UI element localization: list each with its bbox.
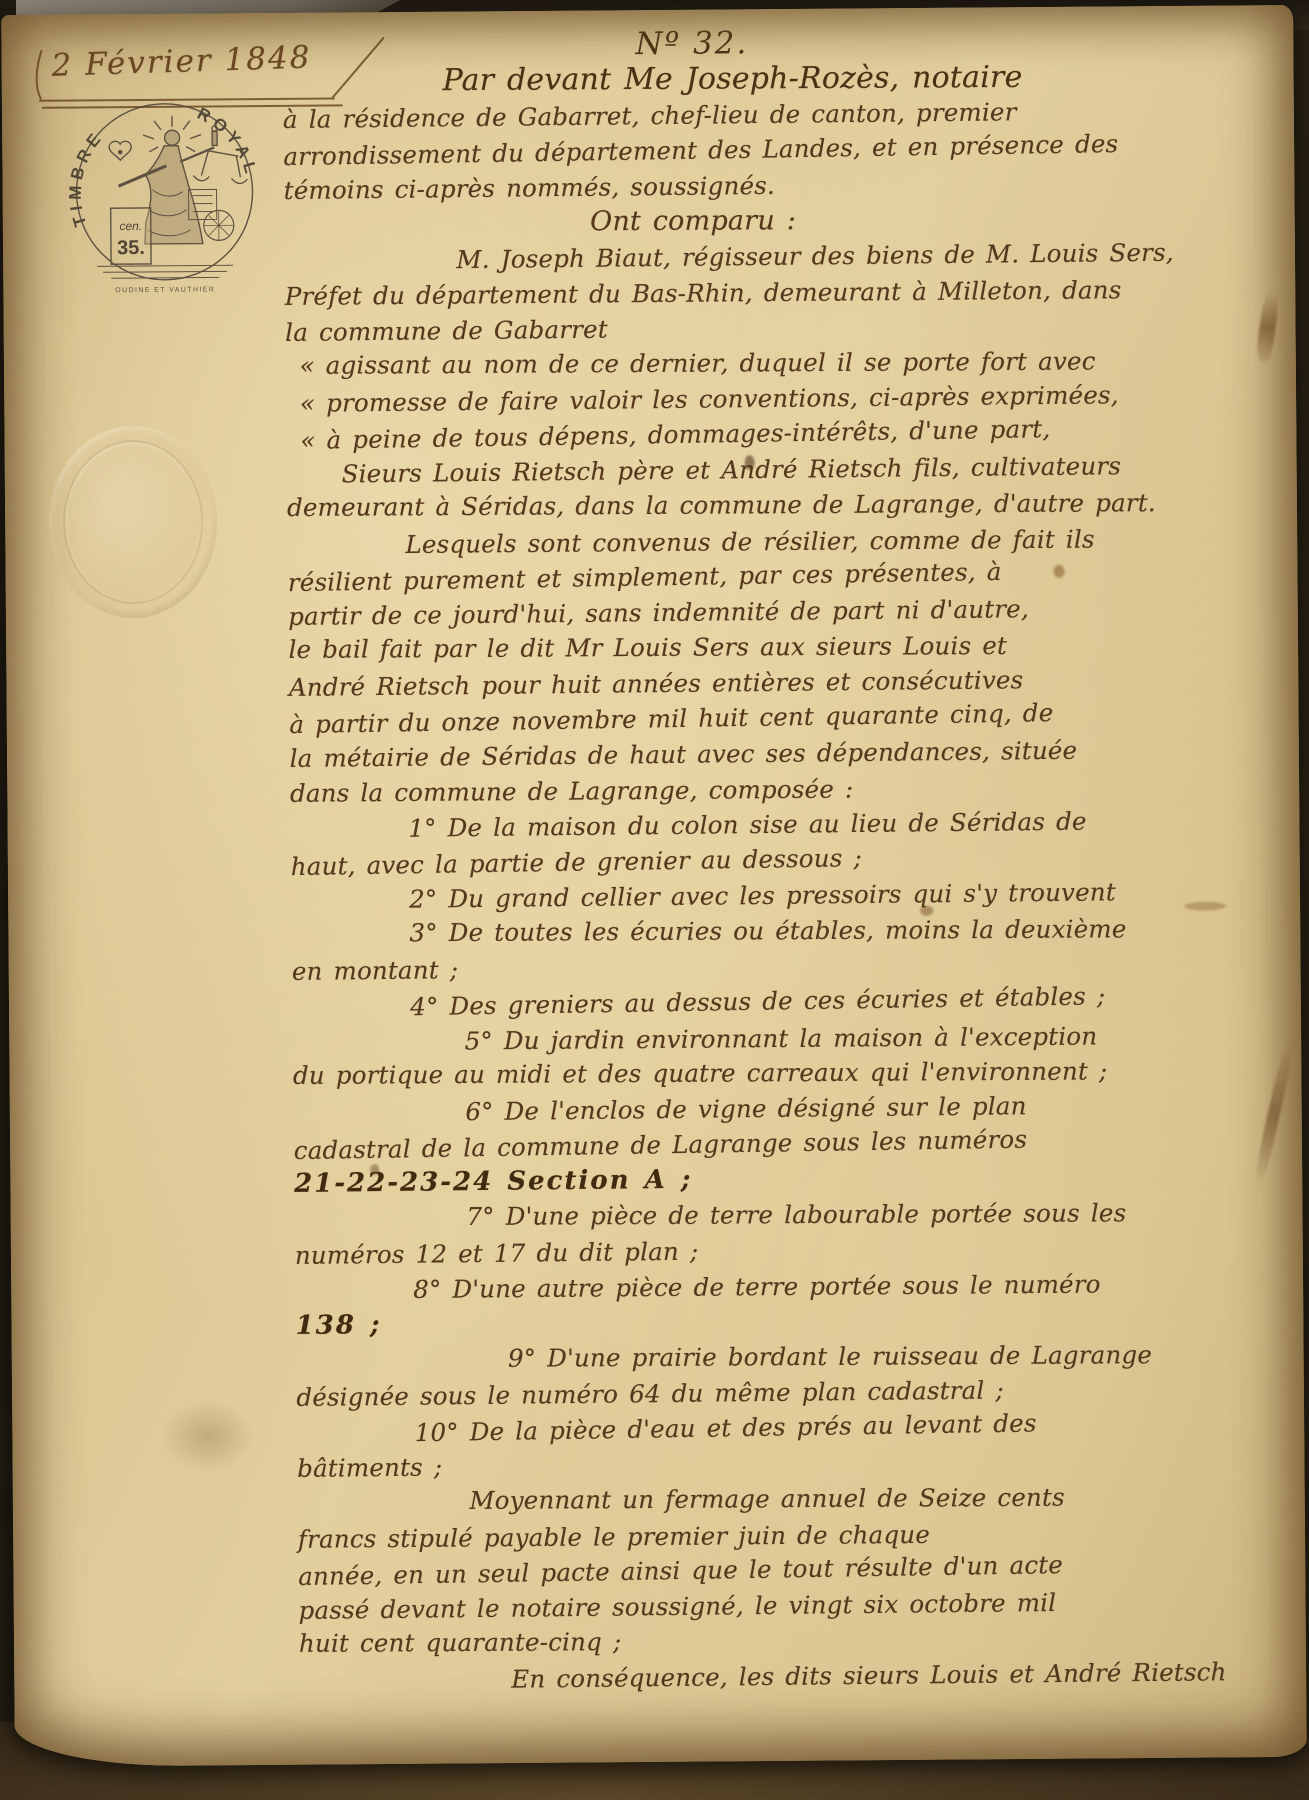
ink-smudge [1255, 290, 1280, 363]
svg-text:ROYAL: ROYAL [194, 103, 261, 180]
scanned-document-photo: 2 Février 1848 TIMBRE ROYAL [0, 0, 1309, 1800]
ink-smudge [1252, 1040, 1296, 1189]
paper-stain [160, 1399, 257, 1474]
stamp-value-35: 35. [117, 237, 145, 259]
manuscript-line: « agissant au nom de ce dernier, duquel … [285, 343, 1105, 383]
svg-text:TIMBRE: TIMBRE [68, 126, 109, 229]
timbre-royal-stamp: TIMBRE ROYAL [68, 93, 262, 307]
manuscript-line: dans la commune de Lagrange, composée : [290, 769, 1110, 811]
manuscript-line: le bail fait par le dit Mr Louis Sers au… [288, 627, 1108, 667]
foxing-spot [1184, 902, 1226, 911]
manuscript-line: M. Joseph Biaut, régisseur des biens de … [284, 235, 1104, 279]
manuscript-line: 3° De toutes les écuries ou étables, moi… [291, 911, 1111, 951]
manuscript-line: Préfet du département du Bas-Rhin, demeu… [285, 272, 1105, 314]
manuscript-line: huit cent quarante-cinq ; [299, 1621, 1119, 1661]
manuscript-line: 9° D'une prairie bordant le ruisseau de … [296, 1337, 1116, 1377]
stamp-arc-left-text: TIMBRE [68, 126, 109, 229]
paper-sheet: 2 Février 1848 TIMBRE ROYAL [1, 5, 1307, 1767]
manuscript-line: 7° D'une pièce de terre labourable porté… [294, 1195, 1114, 1235]
manuscript-line: numéros 12 et 17 du dit plan ; [295, 1229, 1115, 1273]
embossed-blind-stamp [48, 425, 218, 618]
manuscript-line: En conséquence, les dits sieurs Louis et… [299, 1655, 1119, 1699]
stamp-value-block: cen. 35. [111, 208, 151, 264]
stamp-value-cen: cen. [119, 219, 142, 233]
manuscript-line: demeurant à Séridas, dans la commune de … [287, 485, 1107, 525]
manuscript-line: Moyennant un fermage annuel de Seize cen… [297, 1479, 1117, 1519]
manuscript-line: Ont comparu : [284, 201, 1104, 241]
manuscript-line: du portique au midi et des quatre carrea… [293, 1053, 1113, 1093]
stamp-engraver-text: OUDINE ET VAUTHIER [115, 286, 215, 294]
manuscript-line: 8° D'une autre pièce de terre portée sou… [295, 1266, 1115, 1308]
manuscript-line: Par devant Me Joseph-Rozès, notaire [282, 59, 1102, 99]
stamp-arc-right-text: ROYAL [194, 103, 261, 180]
manuscript-text: Par devant Me Joseph-Rozès, notaireà la … [282, 57, 1119, 1698]
